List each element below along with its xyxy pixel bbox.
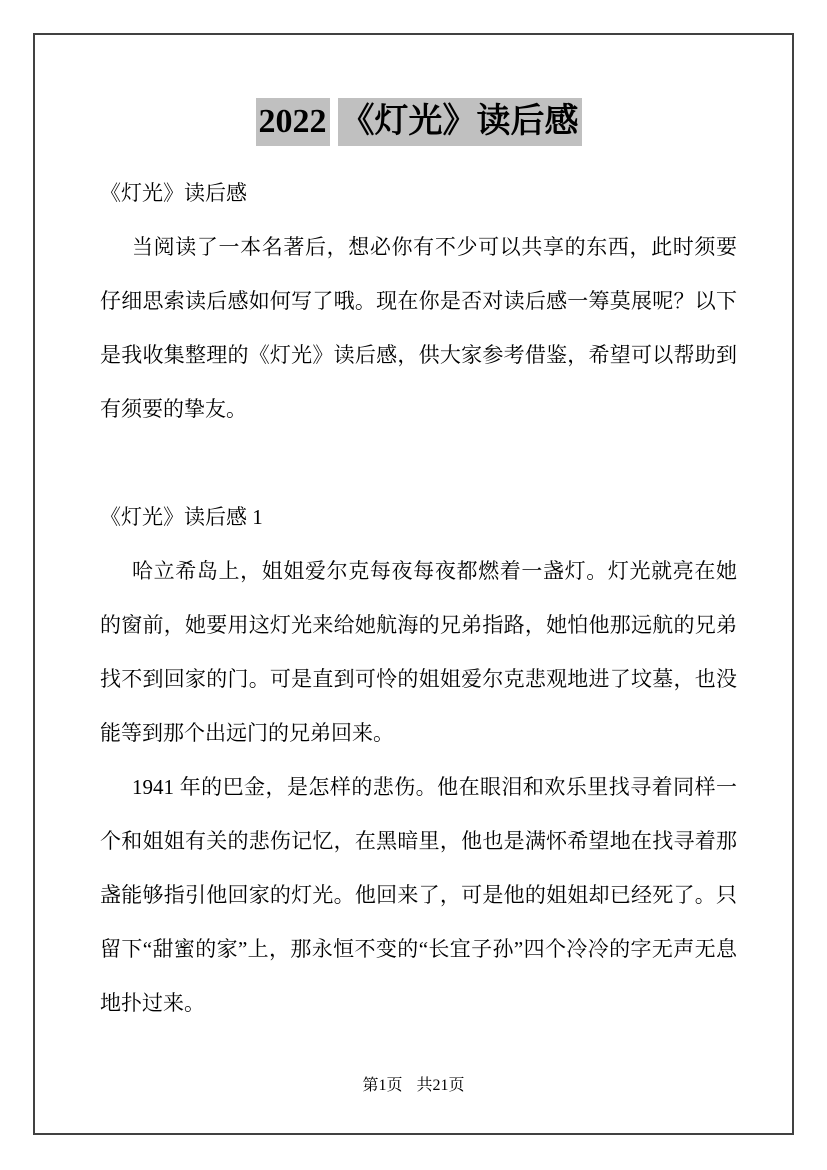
- title-year-highlight: 2022: [256, 98, 330, 146]
- page-footer: 第1页共21页: [0, 1076, 827, 1096]
- footer-current-page: 第1页: [362, 1077, 402, 1094]
- section1-paragraph-1: 哈立希岛上，姐姐爱尔克每夜每夜都燃着一盏灯。灯光就亮在她的窗前，她要用这灯光来给…: [100, 544, 737, 760]
- document-page: 2022《灯光》读后感 《灯光》读后感 当阅读了一本名著后，想必你有不少可以共享…: [0, 0, 827, 1170]
- title-name-highlight: 《灯光》读后感: [338, 98, 582, 146]
- section1-heading: 《灯光》读后感 1: [100, 490, 737, 544]
- document-title: 2022《灯光》读后感: [100, 98, 737, 146]
- section1-paragraph-2: 1941 年的巴金，是怎样的悲伤。他在眼泪和欢乐里找寻着同样一个和姐姐有关的悲伤…: [100, 760, 737, 1030]
- intro-heading: 《灯光》读后感: [100, 166, 737, 220]
- footer-total-pages: 共21页: [417, 1077, 465, 1094]
- document-content: 2022《灯光》读后感 《灯光》读后感 当阅读了一本名著后，想必你有不少可以共享…: [100, 98, 737, 1030]
- intro-paragraph: 当阅读了一本名著后，想必你有不少可以共享的东西，此时须要仔细思索读后感如何写了哦…: [100, 220, 737, 436]
